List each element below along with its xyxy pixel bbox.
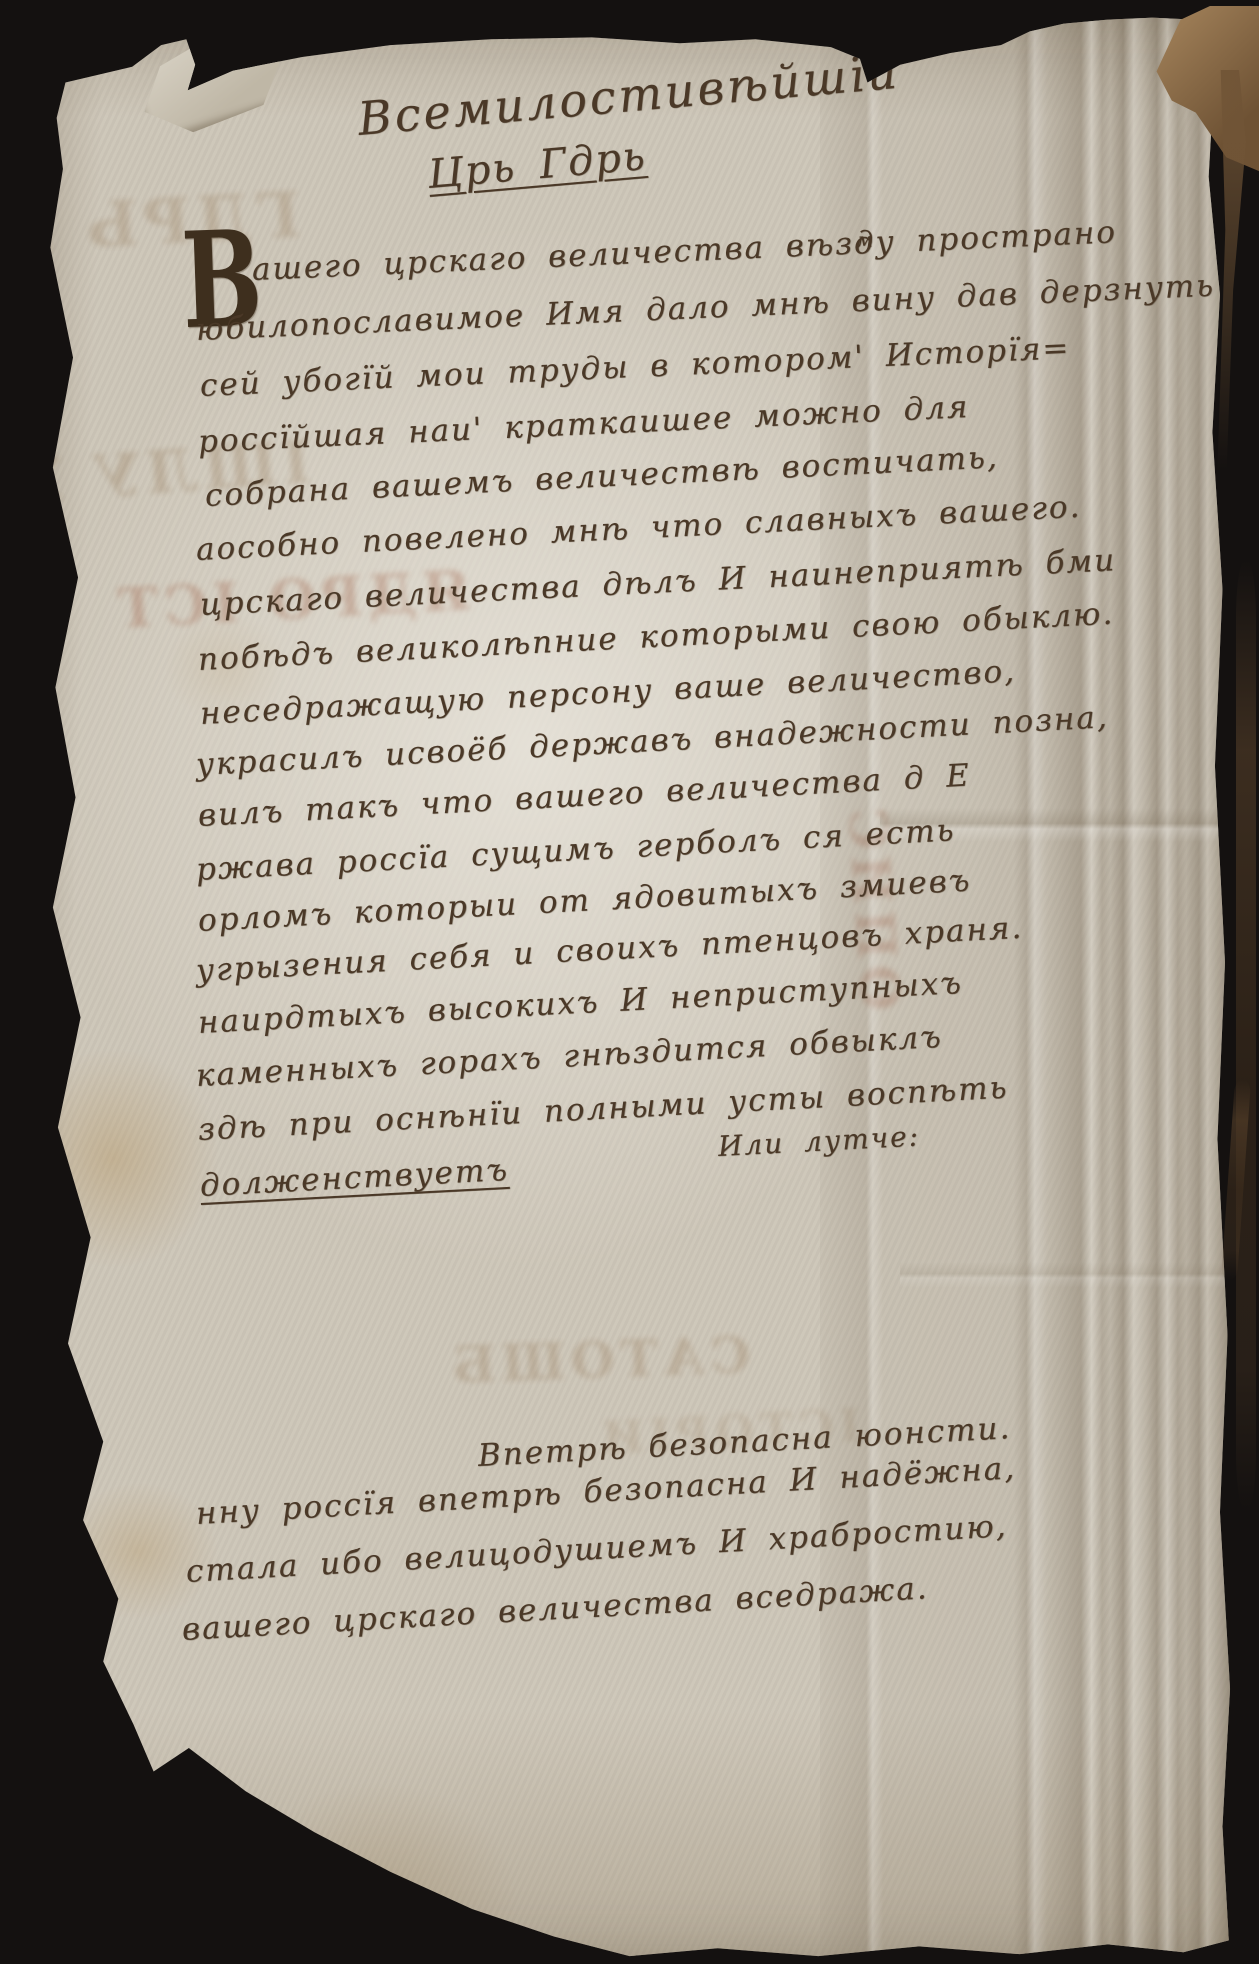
manuscript-page: ГДРЬ ІСТОР ІШЛУ ХИМ ЯДРО ІСТ ОПИС САТОШБ… (0, 0, 1259, 1964)
horizontal-crease (900, 1262, 1229, 1288)
torn-edge-strip (1236, 560, 1256, 1510)
bleed-through-text: САТОШБ (446, 1325, 751, 1395)
manuscript-photo-background: ГДРЬ ІСТОР ІШЛУ ХИМ ЯДРО ІСТ ОПИС САТОШБ… (0, 0, 1259, 1964)
